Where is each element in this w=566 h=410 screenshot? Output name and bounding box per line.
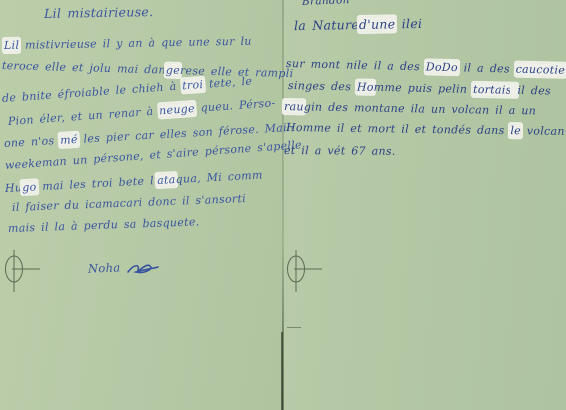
handwritten-text: et il a vét 67 ans. — [284, 144, 396, 158]
whiteout-correction: caucotie — [516, 63, 566, 77]
handwritten-line: sur mont nile il a des DoDo il a des cau… — [286, 57, 566, 77]
right-page-body: sur mont nile il a des DoDo il a des cau… — [0, 0, 566, 410]
handwritten-text: singes des — [288, 79, 357, 93]
whiteout-correction: tortais — [473, 83, 512, 97]
handwritten-text: Homme il et mort il et tondés dans — [286, 121, 511, 137]
handwritten-text: sur mont nile il a des — [286, 57, 426, 73]
handwritten-line: et il a vét 67 ans. — [284, 144, 396, 158]
whiteout-correction: le — [510, 124, 521, 137]
handwritten-text: il des — [517, 84, 551, 98]
handwritten-text: volcan — [521, 124, 565, 138]
scanned-notebook-spread: Lil mistairieuse. Lil mistivrieuse il y … — [0, 0, 566, 410]
handwritten-text: mme puis pelin — [374, 81, 474, 96]
handwritten-line: singes des Homme puis pelin tortais il d… — [288, 79, 551, 98]
whiteout-correction: Ho — [357, 80, 374, 93]
handwritten-text: gin des montane ila un volcan il a un — [304, 100, 537, 117]
handwritten-line: Homme il et mort il et tondés dans le vo… — [286, 121, 565, 138]
whiteout-correction: rau — [284, 100, 304, 113]
whiteout-correction: DoDo — [426, 60, 458, 74]
handwritten-text: il a des — [458, 61, 516, 75]
handwritten-line: raugin des montane ila un volcan il a un — [284, 100, 536, 117]
